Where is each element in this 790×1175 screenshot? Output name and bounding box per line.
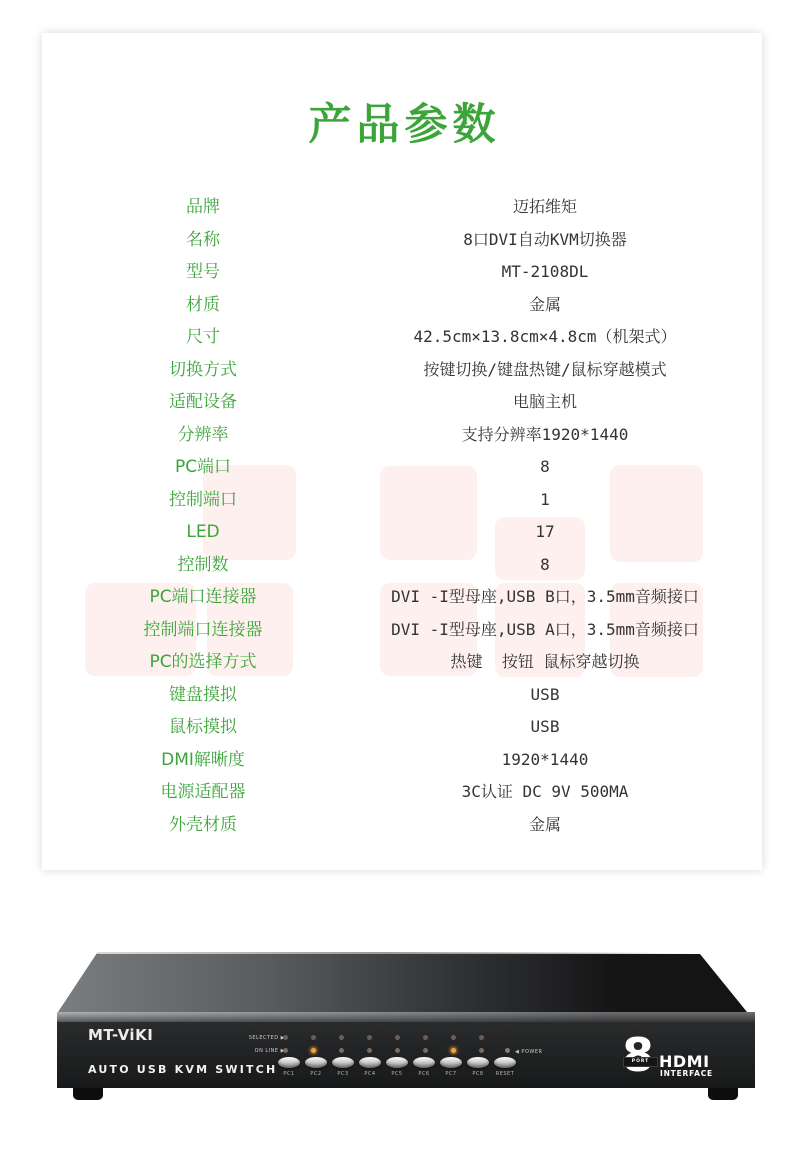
selected-led	[451, 1035, 456, 1040]
spec-row: 名称8口DVI自动KVM切换器	[42, 224, 762, 257]
panel-button-label: PC5	[382, 1071, 412, 1077]
spec-label: 名称	[42, 224, 364, 257]
spec-label: 外壳材质	[42, 809, 364, 842]
power-label: ◀ POWER	[515, 1049, 542, 1055]
online-led	[479, 1048, 484, 1053]
spec-label: 电源适配器	[42, 776, 364, 809]
online-led	[367, 1048, 372, 1053]
device-front-panel: MT-ViKI AUTO USB KVM SWITCH SELECTED ▶ O…	[57, 1022, 755, 1088]
spec-row: 外壳材质金属	[42, 809, 762, 842]
spec-value: 金属	[364, 809, 726, 842]
spec-label: 适配设备	[42, 386, 364, 419]
spec-value: 8	[364, 549, 726, 582]
spec-row: LED17	[42, 516, 762, 549]
spec-value: 1	[364, 484, 726, 517]
panel-button-pc6	[413, 1057, 435, 1068]
selected-led	[283, 1035, 288, 1040]
panel-button-label: PC6	[409, 1071, 439, 1077]
online-led	[423, 1048, 428, 1053]
spec-row: PC的选择方式热键 按钮 鼠标穿越切换	[42, 646, 762, 679]
spec-row: PC端口连接器DVI -I型母座,USB B口，3.5mm音频接口	[42, 581, 762, 614]
spec-value: DVI -I型母座,USB A口，3.5mm音频接口	[364, 614, 726, 647]
selected-led-row-label: SELECTED ▶	[237, 1035, 285, 1041]
panel-button-pc4	[359, 1057, 381, 1068]
panel-button-pc7	[440, 1057, 462, 1068]
spec-row: 适配设备电脑主机	[42, 386, 762, 419]
panel-button-pc1	[278, 1057, 300, 1068]
spec-row: 电源适配器3C认证 DC 9V 500MA	[42, 776, 762, 809]
port-count-badge: 8	[622, 1038, 654, 1074]
spec-card: 产品参数 品牌迈拓维矩名称8口DVI自动KVM切换器型号MT-2108DL材质金…	[42, 33, 762, 870]
spec-label: 尺寸	[42, 321, 364, 354]
device-top-edge-highlight	[97, 952, 657, 954]
power-led	[505, 1048, 510, 1053]
spec-label: 鼠标摸拟	[42, 711, 364, 744]
selected-led	[311, 1035, 316, 1040]
spec-value: 8口DVI自动KVM切换器	[364, 224, 726, 257]
spec-row: 品牌迈拓维矩	[42, 191, 762, 224]
spec-row: 键盘摸拟USB	[42, 679, 762, 712]
spec-row: PC端口8	[42, 451, 762, 484]
spec-value: 8	[364, 451, 726, 484]
product-photo: MT-ViKI AUTO USB KVM SWITCH SELECTED ▶ O…	[55, 948, 760, 1110]
selected-led	[339, 1035, 344, 1040]
port-badge-ribbon: PORT	[623, 1057, 658, 1067]
product-spec-page: 产品参数 品牌迈拓维矩名称8口DVI自动KVM切换器型号MT-2108DL材质金…	[0, 0, 790, 1175]
page-title: 产品参数	[42, 91, 762, 152]
spec-label: PC端口连接器	[42, 581, 364, 614]
spec-label: DMI解晰度	[42, 744, 364, 777]
spec-label: PC端口	[42, 451, 364, 484]
spec-row: 控制端口1	[42, 484, 762, 517]
spec-label: 控制数	[42, 549, 364, 582]
panel-button-reset	[494, 1057, 516, 1068]
spec-label: 键盘摸拟	[42, 679, 364, 712]
spec-row: 控制数8	[42, 549, 762, 582]
spec-value: DVI -I型母座,USB B口，3.5mm音频接口	[364, 581, 726, 614]
spec-row: 鼠标摸拟USB	[42, 711, 762, 744]
spec-value: 1920*1440	[364, 744, 726, 777]
panel-button-pc2	[305, 1057, 327, 1068]
spec-row: DMI解晰度1920*1440	[42, 744, 762, 777]
online-led	[311, 1048, 316, 1053]
spec-label: LED	[42, 516, 364, 549]
device-front-bevel	[57, 1012, 755, 1022]
panel-button-label: PC7	[436, 1071, 466, 1077]
panel-button-pc5	[386, 1057, 408, 1068]
panel-button-pc3	[332, 1057, 354, 1068]
spec-label: 品牌	[42, 191, 364, 224]
panel-button-label: RESET	[490, 1071, 520, 1077]
spec-row: 材质金属	[42, 289, 762, 322]
selected-led	[479, 1035, 484, 1040]
spec-row: 切换方式按键切换/键盘热键/鼠标穿越模式	[42, 354, 762, 387]
spec-label: 材质	[42, 289, 364, 322]
selected-led	[423, 1035, 428, 1040]
spec-value: 电脑主机	[364, 386, 726, 419]
spec-value: 金属	[364, 289, 726, 322]
device-foot-right	[708, 1088, 738, 1100]
online-led	[283, 1048, 288, 1053]
online-led	[339, 1048, 344, 1053]
interface-badge-text: INTERFACE	[660, 1069, 713, 1078]
spec-label: 分辨率	[42, 419, 364, 452]
spec-value: 按键切换/键盘热键/鼠标穿越模式	[364, 354, 726, 387]
spec-label: 型号	[42, 256, 364, 289]
panel-button-label: PC1	[274, 1071, 304, 1077]
online-led	[451, 1048, 456, 1053]
spec-label: 切换方式	[42, 354, 364, 387]
selected-led	[395, 1035, 400, 1040]
panel-button-pc8	[467, 1057, 489, 1068]
panel-button-label: PC8	[463, 1071, 493, 1077]
panel-button-label: PC2	[301, 1071, 331, 1077]
spec-label: 控制端口	[42, 484, 364, 517]
device-foot-left	[73, 1088, 103, 1100]
panel-button-label: PC3	[328, 1071, 358, 1077]
spec-value: 17	[364, 516, 726, 549]
spec-row: 分辨率支持分辨率1920*1440	[42, 419, 762, 452]
spec-value: 支持分辨率1920*1440	[364, 419, 726, 452]
device-name-text: AUTO USB KVM SWITCH	[88, 1063, 277, 1076]
spec-value: 42.5cm×13.8cm×4.8cm（机架式）	[364, 321, 726, 354]
spec-value: USB	[364, 711, 726, 744]
spec-table: 品牌迈拓维矩名称8口DVI自动KVM切换器型号MT-2108DL材质金属尺寸42…	[42, 191, 762, 841]
spec-value: 迈拓维矩	[364, 191, 726, 224]
device-brand-logo: MT-ViKI	[88, 1026, 153, 1044]
panel-button-label: PC4	[355, 1071, 385, 1077]
spec-value: 3C认证 DC 9V 500MA	[364, 776, 726, 809]
spec-label: PC的选择方式	[42, 646, 364, 679]
spec-row: 尺寸42.5cm×13.8cm×4.8cm（机架式）	[42, 321, 762, 354]
online-led	[395, 1048, 400, 1053]
online-led-row-label: ON LINE ▶	[237, 1048, 285, 1054]
selected-led	[367, 1035, 372, 1040]
spec-row: 控制端口连接器DVI -I型母座,USB A口，3.5mm音频接口	[42, 614, 762, 647]
spec-label: 控制端口连接器	[42, 614, 364, 647]
spec-value: 热键 按钮 鼠标穿越切换	[364, 646, 726, 679]
spec-value: USB	[364, 679, 726, 712]
spec-row: 型号MT-2108DL	[42, 256, 762, 289]
spec-value: MT-2108DL	[364, 256, 726, 289]
